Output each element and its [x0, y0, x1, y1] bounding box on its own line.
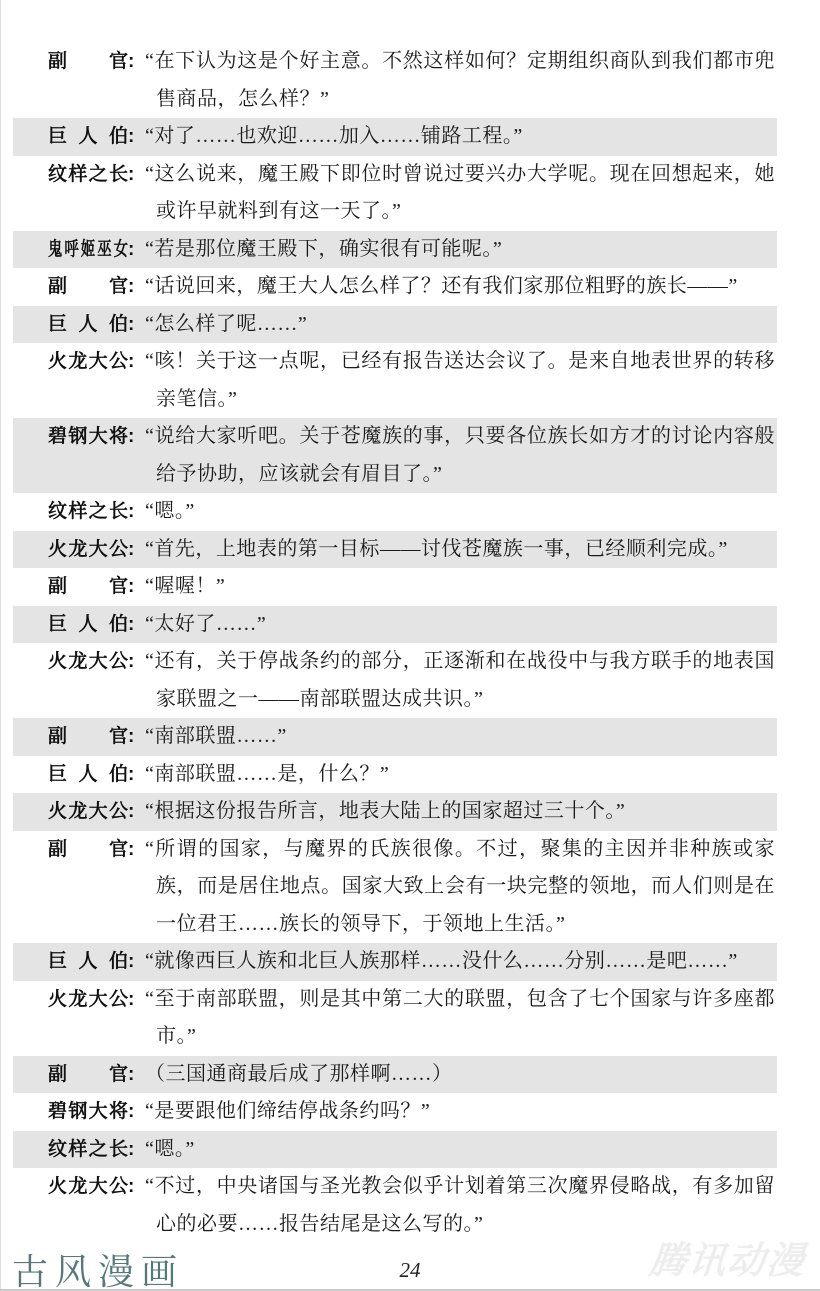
speaker-colon: :: [128, 531, 136, 569]
speaker-name: 巨人伯: [48, 118, 128, 156]
dialogue-text: “若是那位魔王殿下，确实很有可能呢。”: [145, 231, 775, 269]
speaker-colon: :: [128, 756, 136, 794]
dialogue-text: “怎么样了呢……”: [145, 306, 775, 344]
speaker-name: 碧钢大将: [48, 1093, 128, 1131]
dialogue-row: 纹样之长 : “嗯。”: [13, 1131, 777, 1169]
dialogue-text: “至于南部联盟，则是其中第二大的联盟，包含了七个国家与许多座都市。”: [145, 981, 775, 1056]
speaker-colon: :: [128, 1093, 136, 1131]
dialogue-row: 火龙大公 : “首先，上地表的第一目标——讨伐苍魔族一事，已经顺利完成。”: [13, 531, 777, 569]
speaker-colon: :: [128, 568, 136, 606]
dialogue-row: 碧钢大将 : “是要跟他们缔结停战条约吗？”: [13, 1093, 777, 1131]
dialogue-text: “嗯。”: [145, 1131, 775, 1169]
dialogue-text: “就像西巨人族和北巨人族那样……没什么……分别……是吧……”: [145, 943, 775, 981]
speaker-colon: :: [128, 1168, 136, 1206]
speaker-colon: :: [128, 981, 136, 1019]
dialogue-row: 巨人伯 : “就像西巨人族和北巨人族那样……没什么……分别……是吧……”: [13, 943, 777, 981]
dialogue-text: “话说回来，魔王大人怎么样了？还有我们家那位粗野的族长——”: [145, 268, 775, 306]
speaker-colon: :: [128, 1056, 136, 1094]
dialogue-text: “对了……也欢迎……加入……铺路工程。”: [145, 118, 775, 156]
dialogue-row: 巨人伯 : “怎么样了呢……”: [13, 306, 777, 344]
speaker-name: 火龙大公: [48, 531, 128, 569]
dialogue-row: 火龙大公 : “至于南部联盟，则是其中第二大的联盟，包含了七个国家与许多座都市。…: [13, 981, 777, 1056]
speaker-colon: :: [128, 43, 136, 81]
dialogue-text: “根据这份报告所言，地表大陆上的国家超过三十个。”: [145, 793, 775, 831]
speaker-colon: :: [128, 343, 136, 381]
speaker-colon: :: [128, 306, 136, 344]
dialogue-text: “嗯。”: [145, 493, 775, 531]
speaker-name: 巨人伯: [48, 606, 128, 644]
speaker-name: 火龙大公: [48, 793, 128, 831]
dialogue-row: 纹样之长 : “这么说来，魔王殿下即位时曾说过要兴办大学呢。现在回想起来，她或许…: [13, 156, 777, 231]
speaker-name: 火龙大公: [48, 643, 128, 681]
dialogue-text: “这么说来，魔王殿下即位时曾说过要兴办大学呢。现在回想起来，她或许早就料到有这一…: [145, 156, 775, 231]
dialogue-list: 副官 : “在下认为这是个好主意。不然这样如何？定期组织商队到我们都市兜售商品，…: [0, 0, 820, 1243]
speaker-name: 巨人伯: [48, 756, 128, 794]
dialogue-row: 碧钢大将 : “说给大家听吧。关于苍魔族的事，只要各位族长如方才的讨论内容般给予…: [13, 418, 777, 493]
speaker-colon: :: [128, 418, 136, 456]
speaker-colon: :: [128, 493, 136, 531]
speaker-colon: :: [128, 118, 136, 156]
dialogue-text: “是要跟他们缔结停战条约吗？”: [145, 1093, 775, 1131]
tencent-comics-watermark-icon: 腾讯动漫: [647, 1230, 809, 1284]
speaker-name: 火龙大公: [48, 343, 128, 381]
dialogue-row: 巨人伯 : “太好了……”: [13, 606, 777, 644]
speaker-name: 巨人伯: [48, 306, 128, 344]
dialogue-row: 副官 : “所谓的国家，与魔界的氏族很像。不过，聚集的主因并非种族或家族，而是居…: [13, 831, 777, 944]
dialogue-row: 副官 : “喔喔！”: [13, 568, 777, 606]
speaker-name: 巨人伯: [48, 943, 128, 981]
dialogue-text: “还有，关于停战条约的部分，正逐渐和在战役中与我方联手的地表国家联盟之一——南部…: [145, 643, 775, 718]
dialogue-text: “南部联盟……”: [145, 718, 775, 756]
speaker-colon: :: [128, 606, 136, 644]
dialogue-row: 火龙大公 : “根据这份报告所言，地表大陆上的国家超过三十个。”: [13, 793, 777, 831]
script-page: 副官 : “在下认为这是个好主意。不然这样如何？定期组织商队到我们都市兜售商品，…: [0, 0, 820, 1291]
dialogue-text: “太好了……”: [145, 606, 775, 644]
dialogue-text: “南部联盟……是，什么？”: [145, 756, 775, 794]
dialogue-row: 巨人伯 : “对了……也欢迎……加入……铺路工程。”: [13, 118, 777, 156]
dialogue-row: 巨人伯 : “南部联盟……是，什么？”: [13, 756, 777, 794]
dialogue-row: 鬼呼姬巫女 : “若是那位魔王殿下，确实很有可能呢。”: [13, 231, 777, 269]
speaker-name: 副官: [48, 831, 128, 869]
dialogue-row: 纹样之长 : “嗯。”: [13, 493, 777, 531]
dialogue-text: “首先，上地表的第一目标——讨伐苍魔族一事，已经顺利完成。”: [145, 531, 775, 569]
dialogue-text: “说给大家听吧。关于苍魔族的事，只要各位族长如方才的讨论内容般给予协助，应该就会…: [145, 418, 775, 493]
speaker-name: 纹样之长: [48, 156, 128, 194]
dialogue-row: 副官 : “在下认为这是个好主意。不然这样如何？定期组织商队到我们都市兜售商品，…: [13, 43, 777, 118]
speaker-name: 副官: [48, 718, 128, 756]
speaker-colon: :: [128, 943, 136, 981]
speaker-colon: :: [128, 156, 136, 194]
speaker-name: 纹样之长: [48, 1131, 128, 1169]
dialogue-row: 副官 : “话说回来，魔王大人怎么样了？还有我们家那位粗野的族长——”: [13, 268, 777, 306]
speaker-colon: :: [128, 231, 136, 269]
speaker-name: 副官: [48, 268, 128, 306]
speaker-name: 火龙大公: [48, 981, 128, 1019]
speaker-colon: :: [128, 793, 136, 831]
speaker-name: 副官: [48, 43, 128, 81]
dialogue-text: “所谓的国家，与魔界的氏族很像。不过，聚集的主因并非种族或家族，而是居住地点。国…: [145, 831, 775, 944]
dialogue-text: “在下认为这是个好主意。不然这样如何？定期组织商队到我们都市兜售商品，怎么样？”: [145, 43, 775, 118]
dialogue-text: （三国通商最后成了那样啊……）: [145, 1056, 775, 1094]
dialogue-text: “咳！关于这一点呢，已经有报告送达会议了。是来自地表世界的转移亲笔信。”: [145, 343, 775, 418]
speaker-colon: :: [128, 718, 136, 756]
speaker-colon: :: [128, 1131, 136, 1169]
speaker-name: 火龙大公: [48, 1168, 128, 1206]
speaker-name: 纹样之长: [48, 493, 128, 531]
speaker-name: 鬼呼姬巫女: [48, 231, 128, 269]
speaker-name: 副官: [48, 568, 128, 606]
speaker-colon: :: [128, 268, 136, 306]
speaker-colon: :: [128, 831, 136, 869]
speaker-name: 副官: [48, 1056, 128, 1094]
dialogue-row: 火龙大公 : “咳！关于这一点呢，已经有报告送达会议了。是来自地表世界的转移亲笔…: [13, 343, 777, 418]
dialogue-row: 副官 : “南部联盟……”: [13, 718, 777, 756]
dialogue-text: “喔喔！”: [145, 568, 775, 606]
dialogue-row: 火龙大公 : “还有，关于停战条约的部分，正逐渐和在战役中与我方联手的地表国家联…: [13, 643, 777, 718]
speaker-colon: :: [128, 643, 136, 681]
speaker-name: 碧钢大将: [48, 418, 128, 456]
dialogue-row: 副官 : （三国通商最后成了那样啊……）: [13, 1056, 777, 1094]
